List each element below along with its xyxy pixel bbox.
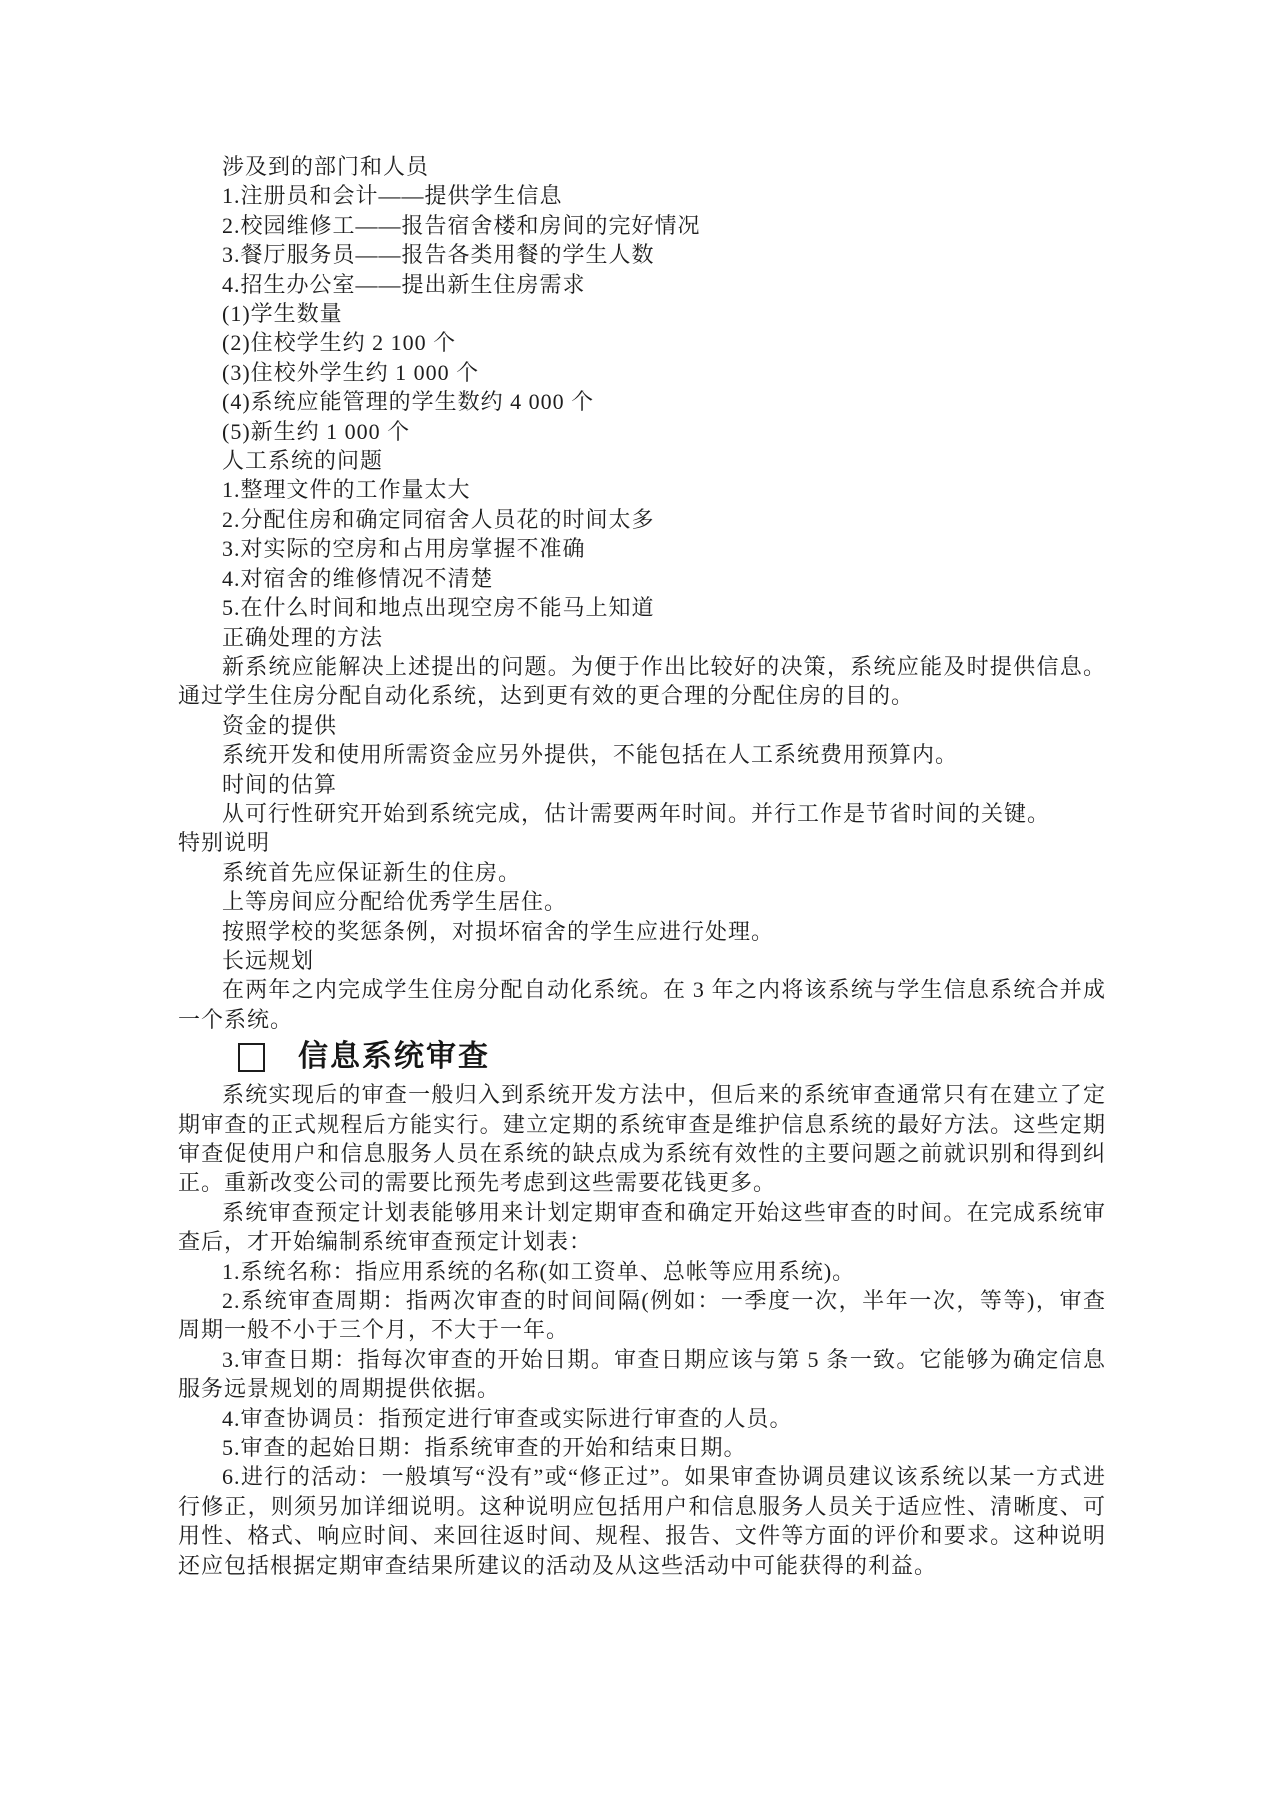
text-line: 正确处理的方法 — [178, 623, 1106, 652]
section-heading-text: 信息系统审查 — [298, 1042, 490, 1071]
document-body: 涉及到的部门和人员1.注册员和会计——提供学生信息2.校园维修工——报告宿舍楼和… — [178, 152, 1106, 1580]
paragraph: 1.系统名称：指应用系统的名称(如工资单、总帐等应用系统)。 — [178, 1257, 1106, 1286]
text-line: 时间的估算 — [178, 770, 1106, 799]
text-line: 资金的提供 — [178, 711, 1106, 740]
text-line: (1)学生数量 — [178, 299, 1106, 328]
text-line: 2.分配住房和确定同宿舍人员花的时间太多 — [178, 505, 1106, 534]
square-bullet-icon — [238, 1043, 265, 1072]
paragraph: 6.进行的活动：一般填写“没有”或“修正过”。如果审查协调员建议该系统以某一方式… — [178, 1462, 1106, 1580]
paragraph: 2.系统审查周期：指两次审查的时间间隔(例如：一季度一次，半年一次，等等)，审查… — [178, 1286, 1106, 1345]
text-line: 长远规划 — [178, 946, 1106, 975]
paragraph: 新系统应能解决上述提出的问题。为便于作出比较好的决策，系统应能及时提供信息。通过… — [178, 652, 1106, 711]
text-line: (3)住校外学生约 1 000 个 — [178, 358, 1106, 387]
text-line: 3.餐厅服务员——报告各类用餐的学生人数 — [178, 240, 1106, 269]
text-line: (2)住校学生约 2 100 个 — [178, 328, 1106, 357]
paragraph: 4.审查协调员：指预定进行审查或实际进行审查的人员。 — [178, 1404, 1106, 1433]
text-line: 人工系统的问题 — [178, 446, 1106, 475]
text-line: 3.对实际的空房和占用房掌握不准确 — [178, 534, 1106, 563]
paragraph: 系统审查预定计划表能够用来计划定期审查和确定开始这些审查的时间。在完成系统审查后… — [178, 1198, 1106, 1257]
text-line: 按照学校的奖惩条例，对损坏宿舍的学生应进行处理。 — [178, 917, 1106, 946]
paragraph: 3.审查日期：指每次审查的开始日期。审查日期应该与第 5 条一致。它能够为确定信… — [178, 1345, 1106, 1404]
text-line: 2.校园维修工——报告宿舍楼和房间的完好情况 — [178, 211, 1106, 240]
text-line: 4.招生办公室——提出新生住房需求 — [178, 270, 1106, 299]
document-page: 涉及到的部门和人员1.注册员和会计——提供学生信息2.校园维修工——报告宿舍楼和… — [0, 0, 1280, 1810]
paragraph: 从可行性研究开始到系统完成，估计需要两年时间。并行工作是节省时间的关键。 — [178, 799, 1106, 828]
text-line: 1.注册员和会计——提供学生信息 — [178, 181, 1106, 210]
text-line: 特别说明 — [178, 828, 1106, 857]
paragraph: 5.审查的起始日期：指系统审查的开始和结束日期。 — [178, 1433, 1106, 1462]
text-line: 上等房间应分配给优秀学生居住。 — [178, 887, 1106, 916]
text-line: (5)新生约 1 000 个 — [178, 417, 1106, 446]
paragraph: 在两年之内完成学生住房分配自动化系统。在 3 年之内将该系统与学生信息系统合并成… — [178, 975, 1106, 1034]
paragraph: 系统开发和使用所需资金应另外提供，不能包括在人工系统费用预算内。 — [178, 740, 1106, 769]
text-line: 5.在什么时间和地点出现空房不能马上知道 — [178, 593, 1106, 622]
text-line: 1.整理文件的工作量太大 — [178, 475, 1106, 504]
text-line: 系统首先应保证新生的住房。 — [178, 858, 1106, 887]
paragraph: 系统实现后的审查一般归入到系统开发方法中，但后来的系统审查通常只有在建立了定期审… — [178, 1080, 1106, 1198]
text-line: (4)系统应能管理的学生数约 4 000 个 — [178, 387, 1106, 416]
section-heading: 信息系统审查 — [178, 1034, 1106, 1080]
text-line: 4.对宿舍的维修情况不清楚 — [178, 564, 1106, 593]
text-line: 涉及到的部门和人员 — [178, 152, 1106, 181]
